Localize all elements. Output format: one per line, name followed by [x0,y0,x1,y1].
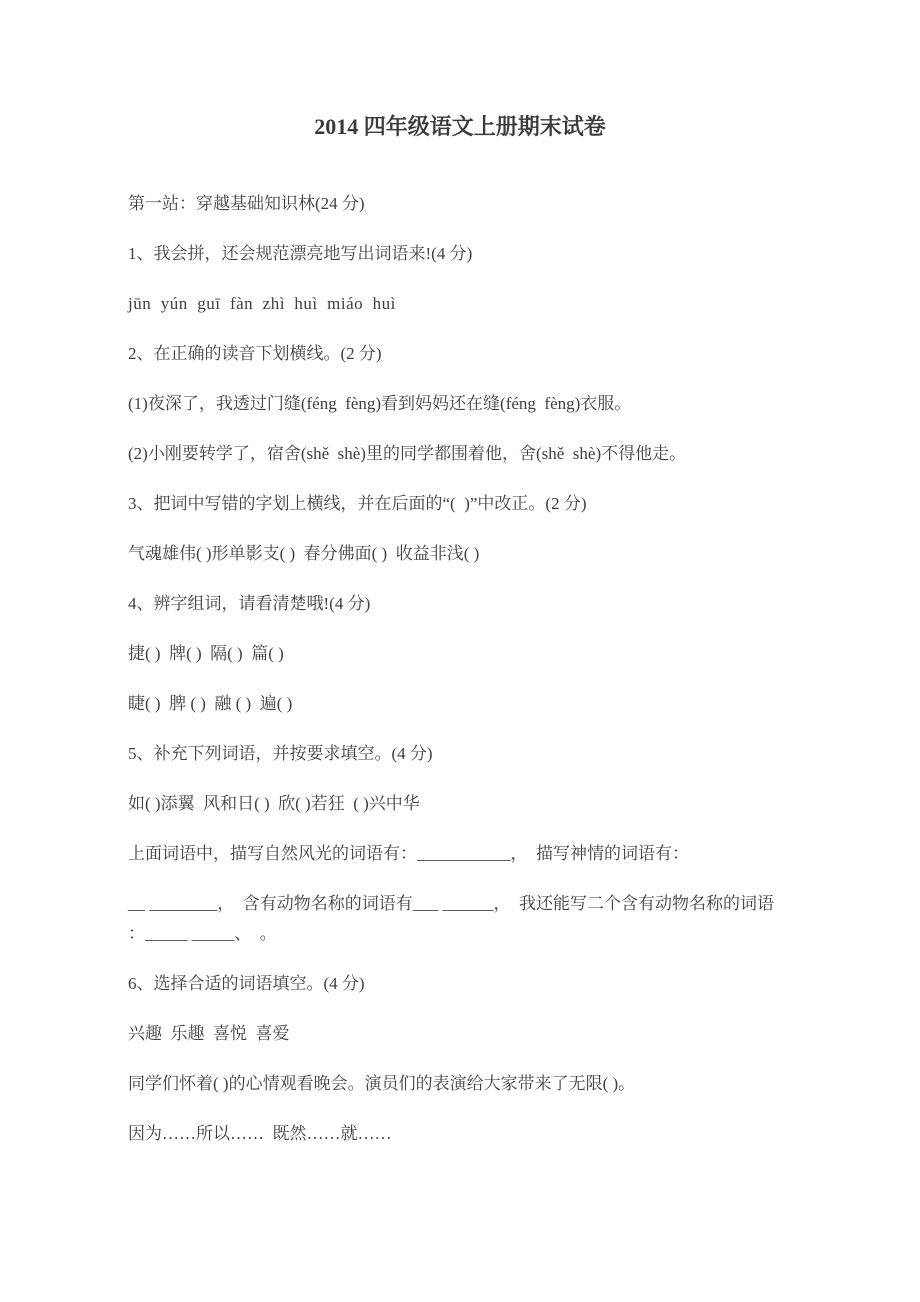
question-6-conjunctions: 因为……所以…… 既然……就…… [128,1119,800,1149]
question-5-fill-line-1: 上面词语中，描写自然风光的词语有：___________， 描写神情的词语有： [128,839,800,869]
exam-document: 2014 四年级语文上册期末试卷 第一站：穿越基础知识林(24 分) 1、我会拼… [0,0,920,1302]
question-6-sentence: 同学们怀着( )的心情观看晚会。演员们的表演给大家带来了无限( )。 [128,1069,800,1099]
question-5-prompt: 5、补充下列词语，并按要求填空。(4 分) [128,739,800,769]
question-6-options: 兴趣 乐趣 喜悦 喜爱 [128,1019,800,1049]
question-2-item-1: (1)夜深了，我透过门缝(féng fèng)看到妈妈还在缝(féng fèng… [128,389,800,419]
question-4-prompt: 4、辨字组词，请看清楚哦!(4 分) [128,589,800,619]
question-3-prompt: 3、把词中写错的字划上横线，并在后面的“( )”中改正。(2 分) [128,489,800,519]
section-1-heading: 第一站：穿越基础知识林(24 分) [128,189,800,219]
page-title: 2014 四年级语文上册期末试卷 [120,112,800,142]
question-3-words: 气魂雄伟( )形单影支( ) 春分佛面( ) 收益非浅( ) [128,539,800,569]
question-5-fill-line-2: __ ________， 含有动物名称的词语有___ ______， 我还能写二… [128,889,800,919]
question-6-prompt: 6、选择合适的词语填空。(4 分) [128,969,800,999]
question-1-prompt: 1、我会拼，还会规范漂亮地写出词语来!(4 分) [128,239,800,269]
question-5-fill-line-3: ：_____ _____、 。 [128,919,800,949]
question-2-item-2: (2)小刚要转学了，宿舍(shě shè)里的同学都围着他，舍(shě shè)… [128,439,800,469]
question-2-prompt: 2、在正确的读音下划横线。(2 分) [128,339,800,369]
question-1-pinyin: jūn yún guī fàn zhì huì miáo huì [128,289,800,319]
question-4-row-1: 捷( ) 牌( ) 隔( ) 篇( ) [128,639,800,669]
question-4-row-2: 睫( ) 脾 ( ) 融 ( ) 遍( ) [128,689,800,719]
question-5-words: 如( )添翼 风和日( ) 欣( )若狂 ( )兴中华 [128,789,800,819]
